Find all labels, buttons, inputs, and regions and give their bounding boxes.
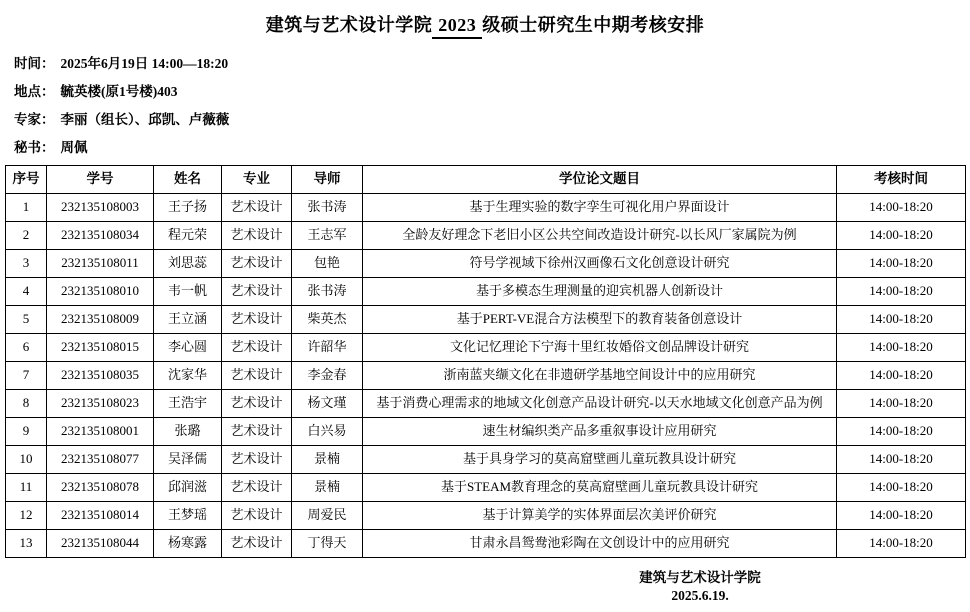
table-cell: 14:00-18:20 [837, 278, 966, 306]
table-cell: 基于生理实验的数字孪生可视化用户界面设计 [363, 194, 837, 222]
table-cell: 14:00-18:20 [837, 250, 966, 278]
info-block: 时间： 2025年6月19日 14:00—18:20 地点： 毓英楼(原1号楼)… [14, 48, 970, 160]
table-cell: 232135108009 [47, 306, 154, 334]
table-cell: 8 [6, 390, 47, 418]
table-cell: 杨寒露 [154, 530, 222, 558]
table-cell: 艺术设计 [222, 418, 292, 446]
table-cell: 4 [6, 278, 47, 306]
table-row: 12232135108014王梦瑶艺术设计周爱民基于计算美学的实体界面层次美评价… [6, 502, 966, 530]
table-cell: 基于具身学习的莫高窟壁画儿童玩教具设计研究 [363, 446, 837, 474]
table-cell: 2 [6, 222, 47, 250]
table-cell: 艺术设计 [222, 278, 292, 306]
table-cell: 14:00-18:20 [837, 222, 966, 250]
table-cell: 王志军 [292, 222, 363, 250]
table-cell: 14:00-18:20 [837, 334, 966, 362]
column-header-1: 学号 [47, 166, 154, 194]
schedule-table-head: 序号学号姓名专业导师学位论文题目考核时间 [6, 166, 966, 194]
time-label: 时间： [14, 52, 55, 72]
table-cell: 9 [6, 418, 47, 446]
table-cell: 吴泽儒 [154, 446, 222, 474]
page-title-suffix: 级硕士研究生中期考核安排 [482, 15, 704, 35]
column-header-2: 姓名 [154, 166, 222, 194]
experts-label: 专家： [14, 108, 55, 128]
table-cell: 232135108001 [47, 418, 154, 446]
table-cell: 艺术设计 [222, 194, 292, 222]
table-cell: 沈家华 [154, 362, 222, 390]
table-cell: 杨文瑾 [292, 390, 363, 418]
column-header-0: 序号 [6, 166, 47, 194]
table-cell: 1 [6, 194, 47, 222]
table-cell: 6 [6, 334, 47, 362]
table-cell: 艺术设计 [222, 222, 292, 250]
table-cell: 14:00-18:20 [837, 362, 966, 390]
table-cell: 丁得天 [292, 530, 363, 558]
table-cell: 232135108077 [47, 446, 154, 474]
secretary-label: 秘书： [14, 136, 55, 156]
table-cell: 周爱民 [292, 502, 363, 530]
table-cell: 13 [6, 530, 47, 558]
info-line-secretary: 秘书： 周佩 [14, 132, 970, 160]
info-line-location: 地点： 毓英楼(原1号楼)403 [14, 76, 970, 104]
table-cell: 14:00-18:20 [837, 194, 966, 222]
table-cell: 景楠 [292, 446, 363, 474]
table-cell: 艺术设计 [222, 502, 292, 530]
table-cell: 3 [6, 250, 47, 278]
table-cell: 14:00-18:20 [837, 530, 966, 558]
table-cell: 张书涛 [292, 278, 363, 306]
header-row: 序号学号姓名专业导师学位论文题目考核时间 [6, 166, 966, 194]
table-cell: 景楠 [292, 474, 363, 502]
table-cell: 许韶华 [292, 334, 363, 362]
table-cell: 张璐 [154, 418, 222, 446]
table-row: 9232135108001张璐艺术设计白兴易速生材编织类产品多重叙事设计应用研究… [6, 418, 966, 446]
table-cell: 232135108015 [47, 334, 154, 362]
table-cell: 232135108014 [47, 502, 154, 530]
table-cell: 李心圆 [154, 334, 222, 362]
table-cell: 文化记忆理论下宁海十里红妆婚俗文创品牌设计研究 [363, 334, 837, 362]
table-cell: 14:00-18:20 [837, 502, 966, 530]
table-cell: 10 [6, 446, 47, 474]
table-cell: 11 [6, 474, 47, 502]
signature-block: 建筑与艺术设计学院 2025.6.19. [560, 569, 840, 605]
column-header-5: 学位论文题目 [363, 166, 837, 194]
table-cell: 柴英杰 [292, 306, 363, 334]
table-cell: 基于计算美学的实体界面层次美评价研究 [363, 502, 837, 530]
schedule-table: 序号学号姓名专业导师学位论文题目考核时间 1232135108003王子扬艺术设… [5, 165, 966, 558]
table-row: 7232135108035沈家华艺术设计李金春浙南蓝夹缬文化在非遗研学基地空间设… [6, 362, 966, 390]
column-header-6: 考核时间 [837, 166, 966, 194]
table-row: 5232135108009王立涵艺术设计柴英杰基于PERT-VE混合方法模型下的… [6, 306, 966, 334]
table-cell: 刘思蕊 [154, 250, 222, 278]
table-cell: 基于多模态生理测量的迎宾机器人创新设计 [363, 278, 837, 306]
table-cell: 浙南蓝夹缬文化在非遗研学基地空间设计中的应用研究 [363, 362, 837, 390]
table-cell: 王浩宇 [154, 390, 222, 418]
table-cell: 邱润滋 [154, 474, 222, 502]
signature-date: 2025.6.19. [560, 587, 840, 605]
table-row: 11232135108078邱润滋艺术设计景楠基于STEAM教育理念的莫高窟壁画… [6, 474, 966, 502]
table-cell: 韦一帆 [154, 278, 222, 306]
table-cell: 王梦瑶 [154, 502, 222, 530]
table-cell: 232135108023 [47, 390, 154, 418]
page-title-year-underlined: 2023 [432, 13, 482, 39]
table-cell: 艺术设计 [222, 446, 292, 474]
experts-value: 李丽（组长）、邱凯、卢薇薇 [61, 108, 230, 128]
table-cell: 14:00-18:20 [837, 418, 966, 446]
table-cell: 艺术设计 [222, 390, 292, 418]
schedule-table-body: 1232135108003王子扬艺术设计张书涛基于生理实验的数字孪生可视化用户界… [6, 194, 966, 558]
info-line-experts: 专家： 李丽（组长）、邱凯、卢薇薇 [14, 104, 970, 132]
table-cell: 14:00-18:20 [837, 306, 966, 334]
info-line-time: 时间： 2025年6月19日 14:00—18:20 [14, 48, 970, 76]
table-cell: 5 [6, 306, 47, 334]
table-cell: 7 [6, 362, 47, 390]
table-cell: 14:00-18:20 [837, 390, 966, 418]
page-title: 建筑与艺术设计学院2023级硕士研究生中期考核安排 [0, 13, 970, 39]
table-cell: 基于消费心理需求的地域文化创意产品设计研究-以天水地域文化创意产品为例 [363, 390, 837, 418]
table-cell: 艺术设计 [222, 250, 292, 278]
table-cell: 甘肃永昌鸳鸯池彩陶在文创设计中的应用研究 [363, 530, 837, 558]
table-cell: 艺术设计 [222, 530, 292, 558]
table-row: 8232135108023王浩宇艺术设计杨文瑾基于消费心理需求的地域文化创意产品… [6, 390, 966, 418]
table-cell: 12 [6, 502, 47, 530]
table-cell: 艺术设计 [222, 474, 292, 502]
secretary-value: 周佩 [61, 136, 88, 156]
table-cell: 程元荣 [154, 222, 222, 250]
table-cell: 王立涵 [154, 306, 222, 334]
table-row: 2232135108034程元荣艺术设计王志军全龄友好理念下老旧小区公共空间改造… [6, 222, 966, 250]
table-cell: 232135108078 [47, 474, 154, 502]
table-cell: 232135108011 [47, 250, 154, 278]
table-row: 1232135108003王子扬艺术设计张书涛基于生理实验的数字孪生可视化用户界… [6, 194, 966, 222]
table-row: 13232135108044杨寒露艺术设计丁得天甘肃永昌鸳鸯池彩陶在文创设计中的… [6, 530, 966, 558]
table-cell: 232135108010 [47, 278, 154, 306]
table-row: 6232135108015李心圆艺术设计许韶华文化记忆理论下宁海十里红妆婚俗文创… [6, 334, 966, 362]
table-cell: 王子扬 [154, 194, 222, 222]
table-row: 4232135108010韦一帆艺术设计张书涛基于多模态生理测量的迎宾机器人创新… [6, 278, 966, 306]
time-value: 2025年6月19日 14:00—18:20 [61, 52, 229, 72]
table-cell: 14:00-18:20 [837, 474, 966, 502]
table-cell: 232135108035 [47, 362, 154, 390]
table-row: 3232135108011刘思蕊艺术设计包艳符号学视域下徐州汉画像石文化创意设计… [6, 250, 966, 278]
table-cell: 艺术设计 [222, 306, 292, 334]
table-cell: 李金春 [292, 362, 363, 390]
table-row: 10232135108077吴泽儒艺术设计景楠基于具身学习的莫高窟壁画儿童玩教具… [6, 446, 966, 474]
table-cell: 基于STEAM教育理念的莫高窟壁画儿童玩教具设计研究 [363, 474, 837, 502]
table-cell: 全龄友好理念下老旧小区公共空间改造设计研究-以长风厂家属院为例 [363, 222, 837, 250]
table-cell: 白兴易 [292, 418, 363, 446]
table-cell: 符号学视域下徐州汉画像石文化创意设计研究 [363, 250, 837, 278]
table-cell: 速生材编织类产品多重叙事设计应用研究 [363, 418, 837, 446]
table-cell: 232135108003 [47, 194, 154, 222]
table-cell: 张书涛 [292, 194, 363, 222]
page-title-prefix: 建筑与艺术设计学院 [266, 15, 433, 35]
column-header-3: 专业 [222, 166, 292, 194]
table-cell: 艺术设计 [222, 334, 292, 362]
signature-org: 建筑与艺术设计学院 [560, 569, 840, 587]
table-cell: 基于PERT-VE混合方法模型下的教育装备创意设计 [363, 306, 837, 334]
location-label: 地点： [14, 80, 55, 100]
table-cell: 232135108034 [47, 222, 154, 250]
table-cell: 包艳 [292, 250, 363, 278]
column-header-4: 导师 [292, 166, 363, 194]
table-cell: 14:00-18:20 [837, 446, 966, 474]
table-cell: 艺术设计 [222, 362, 292, 390]
location-value: 毓英楼(原1号楼)403 [61, 80, 178, 100]
table-cell: 232135108044 [47, 530, 154, 558]
